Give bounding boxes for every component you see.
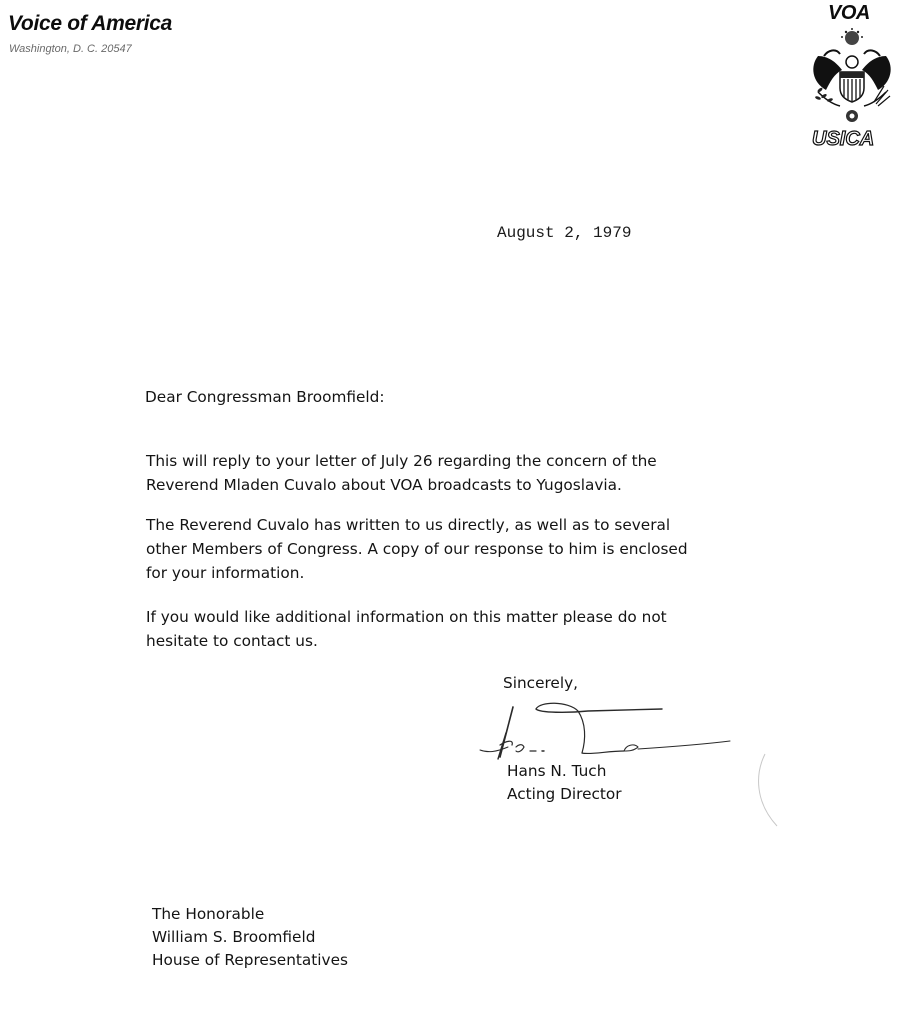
body-paragraph: The Reverend Cuvalo has written to us di… <box>146 513 688 585</box>
paragraph-line: for your information. <box>146 561 688 585</box>
agency-seal: VOA <box>800 0 904 160</box>
signer-title: Acting Director <box>507 785 622 803</box>
seal-bottom-text: USICA <box>812 128 874 151</box>
recipient-line: The Honorable <box>152 903 348 926</box>
paragraph-line: Reverend Mladen Cuvalo about VOA broadca… <box>146 473 657 497</box>
letter-date: August 2, 1979 <box>497 224 631 242</box>
salutation: Dear Congressman Broomfield: <box>145 388 385 406</box>
organization-name: Voice of America <box>8 12 172 36</box>
recipient-address: The Honorable William S. Broomfield Hous… <box>152 903 348 972</box>
paragraph-line: If you would like additional information… <box>146 605 667 629</box>
scan-artifact-arc <box>755 750 815 830</box>
closing: Sincerely, <box>503 674 578 692</box>
great-seal-eagle-icon <box>804 26 900 126</box>
handwritten-signature <box>478 695 738 760</box>
paragraph-line: hesitate to contact us. <box>146 629 667 653</box>
paragraph-line: This will reply to your letter of July 2… <box>146 449 657 473</box>
organization-address: Washington, D. C. 20547 <box>9 43 132 55</box>
paragraph-line: The Reverend Cuvalo has written to us di… <box>146 513 688 537</box>
recipient-line: William S. Broomfield <box>152 926 348 949</box>
paragraph-line: other Members of Congress. A copy of our… <box>146 537 688 561</box>
seal-top-text: VOA <box>828 2 870 25</box>
body-paragraph: This will reply to your letter of July 2… <box>146 449 657 497</box>
body-paragraph: If you would like additional information… <box>146 605 667 653</box>
recipient-line: House of Representatives <box>152 949 348 972</box>
signer-name: Hans N. Tuch <box>507 762 606 780</box>
